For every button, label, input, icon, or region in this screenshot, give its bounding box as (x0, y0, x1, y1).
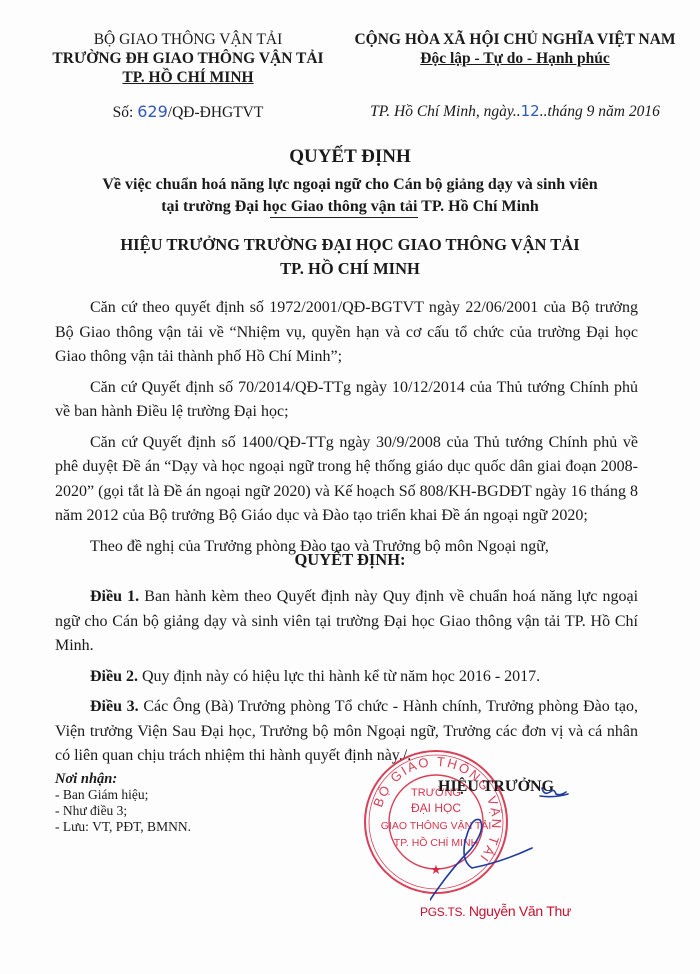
signer-degree: PGS.TS. (420, 905, 465, 919)
articles: Điều 1. Ban hành kèm theo Quyết định này… (55, 585, 638, 775)
school-name: TRƯỜNG ĐH GIAO THÔNG VẬN TẢI (38, 49, 338, 68)
article-3: Điều 3. Các Ông (Bà) Trưởng phòng Tổ chứ… (55, 695, 638, 769)
recipient-item: - Ban Giám hiệu; (55, 787, 191, 803)
title-divider (270, 217, 418, 218)
recipient-item: - Lưu: VT, PĐT, BMNN. (55, 819, 191, 835)
school-city: TP. HỒ CHÍ MINH (38, 68, 338, 87)
article-text: Các Ông (Bà) Trưởng phòng Tổ chức - Hành… (55, 698, 638, 764)
document-number: Số: 629/QĐ-ĐHGTVT (38, 102, 338, 122)
article-1: Điều 1. Ban hành kèm theo Quyết định này… (55, 585, 638, 659)
date-suffix: tháng 9 năm 2016 (547, 103, 659, 120)
issuing-agency-block: BỘ GIAO THÔNG VẬN TẢI TRƯỜNG ĐH GIAO THÔ… (38, 30, 338, 87)
article-label: Điều 2. (90, 668, 138, 685)
authority-line-1: HIỆU TRƯỞNG TRƯỜNG ĐẠI HỌC GIAO THÔNG VẬ… (0, 233, 700, 257)
decision-heading: QUYẾT ĐỊNH: (0, 550, 700, 570)
document-subject: Về việc chuẩn hoá năng lực ngoại ngữ cho… (0, 174, 700, 218)
article-text: Ban hành kèm theo Quyết định này Quy địn… (55, 588, 638, 654)
ministry-name: BỘ GIAO THÔNG VẬN TẢI (38, 30, 338, 49)
signer-name: PGS.TS. Nguyễn Văn Thư (420, 903, 571, 919)
document-title: QUYẾT ĐỊNH (0, 146, 700, 168)
authority-line-2: TP. HỒ CHÍ MINH (0, 257, 700, 281)
national-header-block: CỘNG HÒA XÃ HỘI CHỦ NGHĨA VIỆT NAM Độc l… (330, 30, 700, 68)
article-label: Điều 1. (90, 588, 139, 605)
signer-fullname: Nguyễn Văn Thư (469, 903, 571, 919)
preamble-paragraph: Căn cứ Quyết định số 70/2014/QĐ-TTg ngày… (55, 376, 638, 425)
number-suffix: /QĐ-ĐHGTVT (168, 104, 264, 121)
subject-line-2: tại trường Đại học Giao thông vận tải TP… (0, 196, 700, 218)
handwritten-day: 12 (521, 102, 540, 120)
article-text: Quy định này có hiệu lực thi hành kể từ … (138, 668, 540, 685)
preamble-paragraph: Căn cứ Quyết định số 1400/QĐ-TTg ngày 30… (55, 431, 638, 529)
national-motto: Độc lập - Tự do - Hạnh phúc (330, 49, 700, 68)
recipients-title: Nơi nhận: (55, 771, 191, 787)
preamble: Căn cứ theo quyết định số 1972/2001/QĐ-B… (55, 296, 638, 565)
document-date: TP. Hồ Chí Minh, ngày..12..tháng 9 năm 2… (330, 102, 700, 121)
country-name: CỘNG HÒA XÃ HỘI CHỦ NGHĨA VIỆT NAM (330, 30, 700, 49)
preamble-paragraph: Căn cứ theo quyết định số 1972/2001/QĐ-B… (55, 296, 638, 370)
date-prefix: TP. Hồ Chí Minh, ngày (370, 103, 513, 120)
issuing-authority: HIỆU TRƯỞNG TRƯỜNG ĐẠI HỌC GIAO THÔNG VẬ… (0, 233, 700, 281)
number-label: Số: (113, 104, 134, 121)
article-2: Điều 2. Quy định này có hiệu lực thi hàn… (55, 665, 638, 690)
article-label: Điều 3. (90, 698, 139, 715)
subject-line-1: Về việc chuẩn hoá năng lực ngoại ngữ cho… (0, 174, 700, 196)
recipients-block: Nơi nhận: - Ban Giám hiệu; - Như điều 3;… (55, 771, 191, 835)
handwritten-signature (430, 770, 570, 910)
recipient-item: - Như điều 3; (55, 803, 191, 819)
handwritten-number: 629 (137, 102, 168, 121)
